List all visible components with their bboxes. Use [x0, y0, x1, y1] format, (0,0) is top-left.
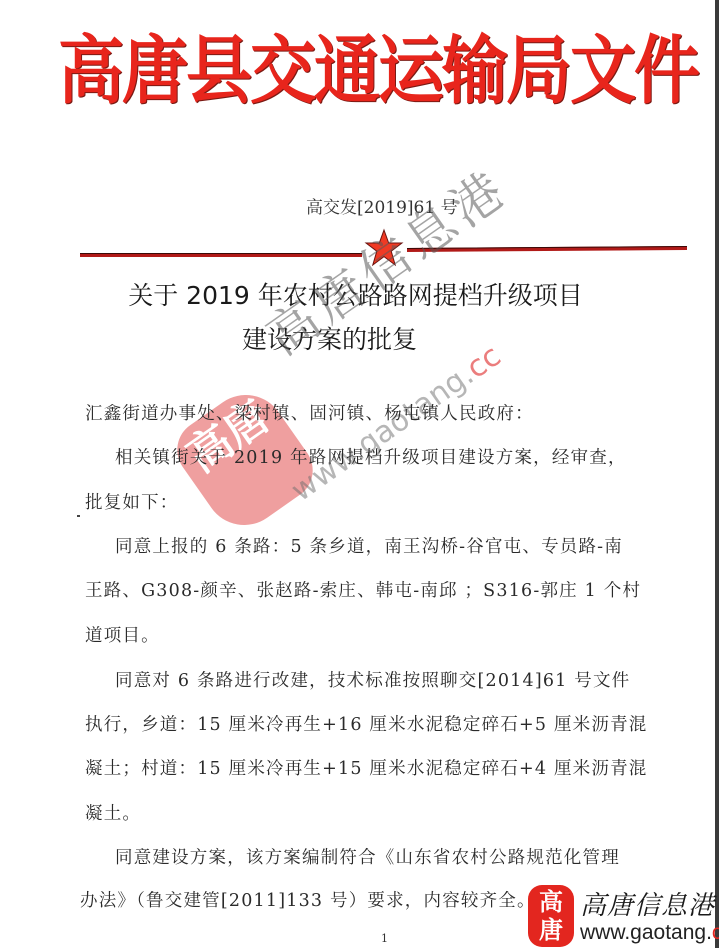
logo-url-main: www.gaotang. — [580, 921, 712, 944]
logo-name: 高唐信息港 — [580, 885, 715, 922]
watermark-url-main: www.gaotang. — [285, 357, 480, 508]
logo-url-tld: cc — [712, 921, 719, 944]
paragraph-line: 同意对 6 条路进行改建，技术标准按照聊交[2014]61 号文件 — [115, 667, 630, 692]
paragraph-line: 批复如下： — [85, 489, 179, 514]
paragraph-line: 同意上报的 6 条路：5 条乡道，南王沟桥-谷官屯、专员路-南 — [115, 533, 623, 558]
paragraph-line: 执行，乡道：15 厘米冷再生+16 厘米水泥稳定碎石+5 厘米沥青混 — [85, 711, 647, 736]
paragraph-line: 办法》（鲁交建管[2011]133 号）要求，内容较齐全。 — [80, 887, 536, 912]
paragraph-line: 凝土。 — [85, 800, 141, 825]
page-number: 1 — [381, 932, 388, 945]
logo-seal-char: 唐 — [528, 916, 574, 944]
paragraph-line: 道项目。 — [85, 622, 160, 647]
logo-url: www.gaotang.cc — [580, 921, 719, 945]
logo-seal-icon: 高 唐 — [528, 885, 574, 947]
scan-dot — [77, 515, 80, 517]
paragraph-line: 相关镇街关于 2019 年路网提档升级项目建设方案，经审查， — [115, 444, 627, 469]
page-edge — [715, 0, 719, 948]
paragraph-line: 王路、G308-颜辛、张赵路-索庄、韩屯-南邱 ；S316-郭庄 1 个村 — [85, 577, 641, 602]
red-rule-left — [80, 253, 362, 257]
paragraph-line: 凝土；村道：15 厘米冷再生+15 厘米水泥稳定碎石+4 厘米沥青混 — [85, 755, 647, 780]
logo-seal-char: 高 — [528, 888, 574, 916]
issuer-title: 高唐县交通运输局文件 — [58, 14, 698, 126]
site-logo: 高 唐 高唐信息港 www.gaotang.cc — [528, 885, 719, 948]
paragraph-line: 同意建设方案，该方案编制符合《山东省农村公路规范化管理 — [115, 844, 620, 869]
addressee: 汇鑫街道办事处、梁村镇、固河镇、杨屯镇人民政府： — [85, 400, 534, 425]
